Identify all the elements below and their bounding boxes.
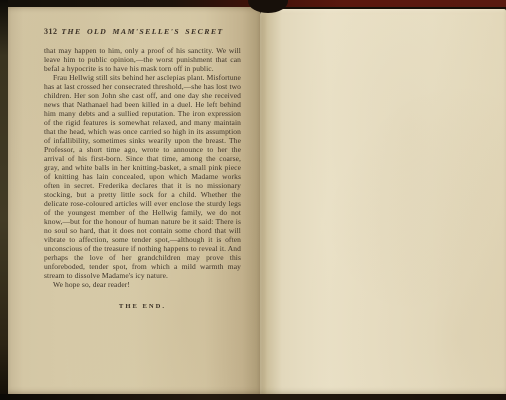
running-title: THE OLD MAM'SELLE'S SECRET <box>61 27 223 36</box>
book-bottom-edge <box>0 394 506 400</box>
page-number: 312 <box>44 27 61 36</box>
paragraph: Frau Hellwig still sits behind her ascle… <box>44 73 241 280</box>
page-text-block: 312 THE OLD MAM'SELLE'S SECRET that may … <box>44 27 241 310</box>
right-page-blank <box>260 9 506 395</box>
book-board-left-edge <box>0 0 8 400</box>
book-scan: 312 THE OLD MAM'SELLE'S SECRET that may … <box>0 0 506 400</box>
left-page: 312 THE OLD MAM'SELLE'S SECRET that may … <box>8 7 260 395</box>
page-header: 312 THE OLD MAM'SELLE'S SECRET <box>44 27 241 38</box>
the-end-label: THE END. <box>44 303 241 310</box>
paragraph-closing: We hope so, dear reader! <box>44 280 241 289</box>
paragraph-continuation: that may happen to him, only a proof of … <box>44 46 241 73</box>
